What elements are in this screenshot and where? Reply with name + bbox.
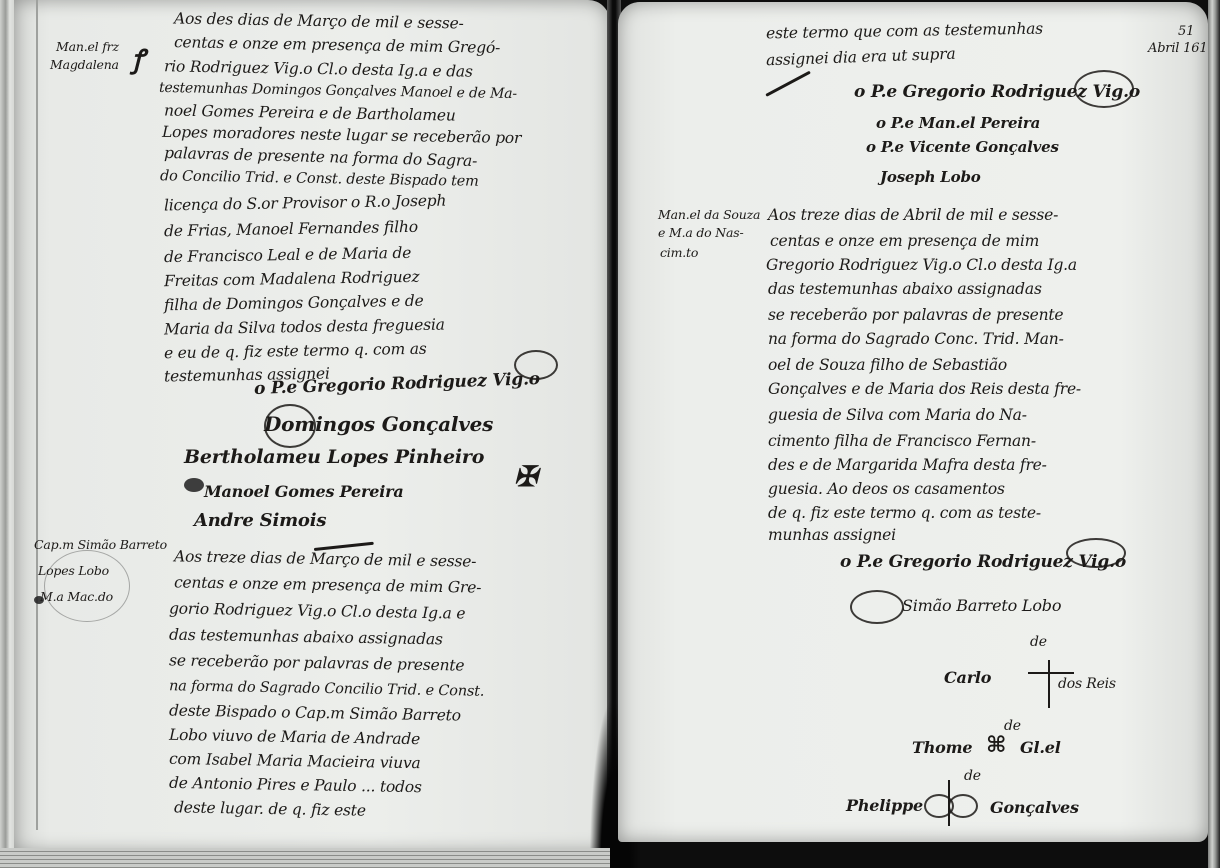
entry-line: deste lugar. de q. fiz este (174, 800, 366, 819)
right-book-edge (1208, 0, 1220, 868)
circle-mark-icon (948, 794, 978, 818)
witness-signature: Thome (912, 738, 972, 757)
margin-note-groom: Cap.m Simão Barreto (34, 538, 167, 552)
entry-line: oel de Souza filho de Sebastião (768, 358, 1007, 374)
entry-line: filha de Domingos Gonçalves e de (164, 294, 424, 314)
witness-signature: Gl.el (1020, 738, 1061, 757)
right-page: 51 Abril 1611 este termo que com as test… (618, 2, 1208, 842)
entry-line: cimento filha de Francisco Fernan- (768, 434, 1036, 450)
signature-flourish-icon (514, 350, 558, 380)
entry-line: guesia de Silva com Maria do Na- (768, 408, 1027, 424)
witness-signature: Carlo (944, 668, 991, 687)
entry-line: Lopes moradores neste lugar se receberão… (162, 125, 521, 147)
witness-connector: de (1004, 718, 1021, 734)
witness-mark-icon: ⌘ (986, 732, 1006, 758)
closing-stroke (765, 71, 811, 97)
witness-signature: Andre Simois (194, 510, 326, 531)
entry-line: de Antonio Pires e Paulo ... todos (169, 776, 422, 796)
margin-note-bride-cont: cim.to (660, 246, 698, 260)
witness-mark-icon: ✠ (514, 460, 537, 493)
entry-line: centas e onze em presença de mim Gregó- (174, 35, 500, 56)
entry-line: Gregorio Rodriguez Vig.o Cl.o desta Ig.a (766, 258, 1077, 274)
witness-signature: o P.e Vicente Gonçalves (866, 138, 1059, 156)
margin-note-groom: Man.el frz (56, 40, 119, 54)
entry-line: de q. fiz este termo q. com as teste- (768, 506, 1041, 522)
entry-line: munhas assignei (768, 528, 896, 544)
entry-line: Lobo viuvo de Maria de Andrade (169, 728, 420, 748)
entry-line: centas e onze em presença de mim Gre- (174, 575, 481, 596)
signature-flourish-icon (850, 590, 904, 624)
entry-line: do Concilio Trid. e Const. deste Bispado… (160, 169, 479, 189)
entry-line: guesia. Ao deos os casamentos (768, 482, 1005, 498)
margin-note-bride: e M.a do Nas- (658, 226, 744, 240)
entry-line: Freitas com Madalena Rodriguez (164, 270, 420, 290)
header-note: Abril 1611 (1148, 42, 1208, 57)
margin-mark-icon: ꝭ (132, 40, 144, 76)
page-stack-edges (0, 848, 610, 868)
entry-line: deste Bispado o Cap.m Simão Barreto (169, 703, 461, 724)
entry-line: Aos treze dias de Março de mil e sesse- (174, 549, 477, 570)
entry-line: Aos treze dias de Abril de mil e sesse- (768, 208, 1058, 224)
witness-signature: Phelippe (846, 796, 923, 815)
entry-line: noel Gomes Pereira e de Bartholameu (164, 103, 456, 124)
left-page: Man.el frz Magdalena ꝭ Aos des dias de M… (14, 0, 610, 852)
ink-blot (184, 478, 204, 492)
continuation-line: assignei dia era ut supra (766, 47, 956, 69)
entry-line: das testemunhas abaixo assignadas (768, 282, 1042, 298)
entry-line: rio Rodriguez Vig.o Cl.o desta Ig.a e da… (164, 59, 473, 80)
open-register-book: Man.el frz Magdalena ꝭ Aos des dias de M… (0, 0, 1220, 868)
witness-signature: Simão Barreto Lobo (902, 596, 1061, 615)
witness-connector: de (964, 768, 981, 784)
witness-signature: Bertholameu Lopes Pinheiro (184, 446, 484, 468)
cross-mark-icon (948, 780, 950, 826)
entry-line: centas e onze em presença de mim (770, 234, 1039, 250)
entry-line: na forma do Sagrado Concilio Trid. e Con… (169, 679, 484, 699)
entry-line: de Francisco Leal e de Maria de (164, 246, 411, 266)
entry-line: na forma do Sagrado Conc. Trid. Man- (768, 332, 1064, 348)
entry-line: des e de Margarida Mafra desta fre- (768, 458, 1047, 474)
entry-line: de Frias, Manoel Fernandes filho (164, 220, 418, 240)
faded-stamp (44, 550, 130, 622)
entry-line: e eu de q. fiz este termo q. com as (164, 342, 427, 362)
entry-line: das testemunhas abaixo assignadas (169, 628, 443, 648)
entry-line: Gonçalves e de Maria dos Reis desta fre- (768, 382, 1081, 398)
witness-connector: de (1030, 634, 1047, 650)
margin-note-bride: M.a Mac.do (40, 590, 113, 604)
left-book-edge (0, 0, 14, 868)
entry-line: licença do S.or Provisor o R.o Joseph (164, 194, 446, 214)
entry-line: com Isabel Maria Macieira viuva (169, 752, 421, 772)
entry-line: gorio Rodriguez Vig.o Cl.o desta Ig.a e (169, 601, 466, 622)
folio-number: 51 (1178, 24, 1194, 39)
witness-signature: Manoel Gomes Pereira (204, 482, 404, 501)
witness-signature: Gonçalves (990, 798, 1079, 817)
cross-mark-icon (1028, 672, 1074, 674)
witness-signature: dos Reis (1058, 676, 1116, 692)
signature-flourish-icon (1066, 538, 1126, 568)
witness-signature: Joseph Lobo (880, 168, 981, 186)
left-margin-rule (36, 0, 38, 830)
entry-line: testemunhas Domingos Gonçalves Manoel e … (159, 81, 517, 101)
entry-line: Maria da Silva todos desta freguesia (164, 318, 445, 338)
margin-note-bride: Magdalena (50, 58, 119, 72)
entry-line: palavras de presente na forma do Sagra- (164, 146, 477, 170)
margin-note-groom-surname: Lopes Lobo (38, 564, 109, 578)
signature-flourish-icon (264, 404, 316, 448)
continuation-line: este termo que com as testemunhas (766, 22, 1043, 42)
entry-line: se receberão por palavras de presente (768, 308, 1063, 324)
ink-dot (34, 596, 44, 604)
signature-flourish-icon (1074, 70, 1134, 108)
margin-note-groom: Man.el da Souza (658, 208, 760, 222)
cross-mark-icon (1048, 660, 1050, 708)
entry-line: se receberão por palavras de presente (169, 653, 465, 674)
witness-signature: o P.e Man.el Pereira (876, 114, 1040, 132)
entry-line: Aos des dias de Março de mil e sesse- (174, 11, 464, 32)
